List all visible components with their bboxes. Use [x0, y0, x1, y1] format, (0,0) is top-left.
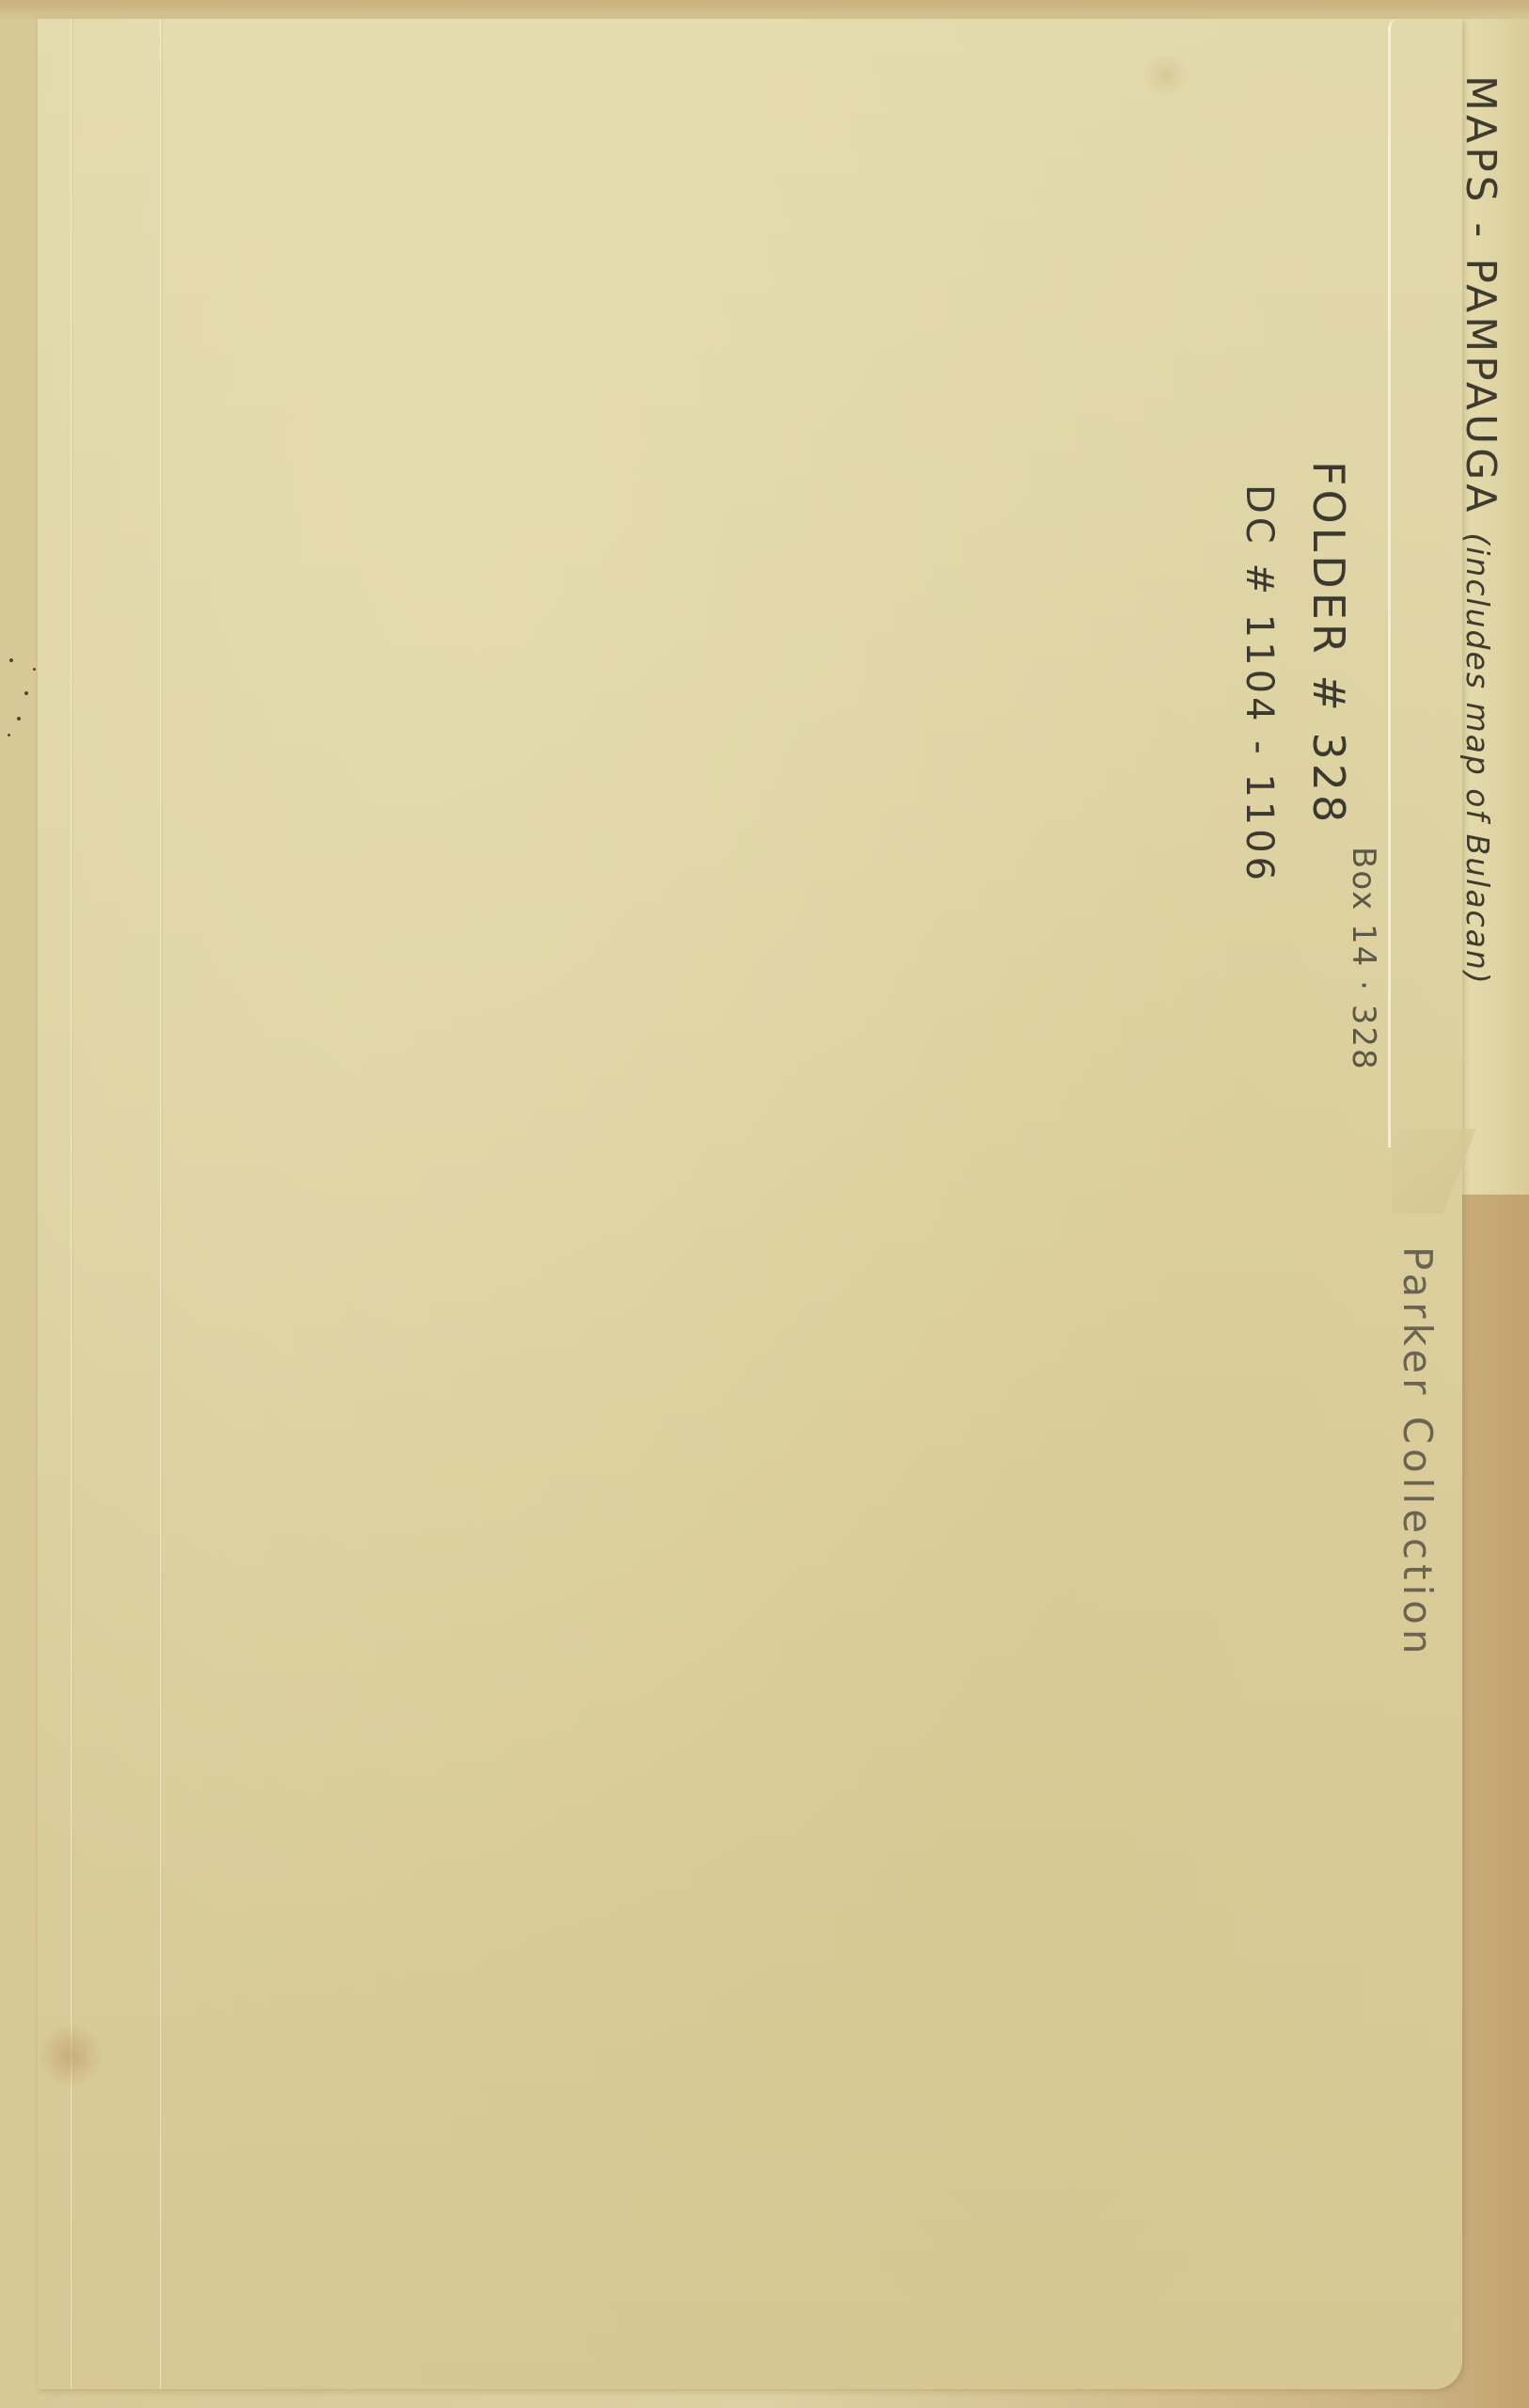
dc-range: DC # 1104 - 1106 [1237, 484, 1281, 884]
tab-label-main: MAPS - PAMPAUGA [1457, 75, 1505, 515]
tab-cut-edge [1388, 19, 1398, 1148]
folder-front-panel [38, 19, 1462, 2389]
stain [1138, 56, 1194, 94]
folder-number: FOLDER # 328 [1303, 461, 1354, 826]
score-line [160, 19, 163, 2389]
collection-name: Parker Collection [1395, 1246, 1441, 1658]
top-edge [0, 0, 1529, 21]
box-reference: Box 14 · 328 [1345, 847, 1382, 1071]
debris-specks [0, 640, 75, 752]
tab-label-note: (includes map of Bulacan) [1459, 532, 1496, 985]
stain [38, 2022, 103, 2088]
tab-label: MAPS - PAMPAUGA (includes map of Bulacan… [1457, 75, 1505, 986]
